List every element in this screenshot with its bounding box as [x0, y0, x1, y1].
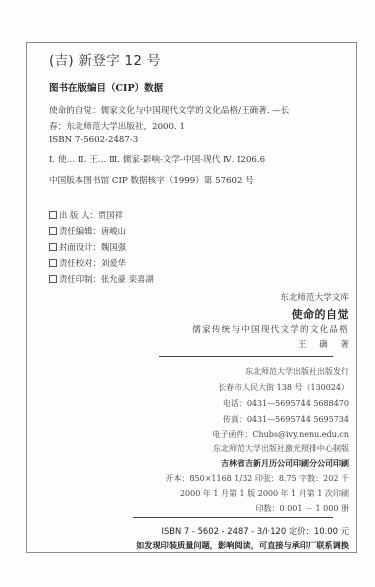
- cip-record-line-2: 春：东北师范大学出版社，2000. 1: [49, 120, 185, 132]
- publisher-address: 长春市人民大街 138 号（130024）: [218, 382, 349, 393]
- cip-isbn: ISBN 7-5602-2487-3: [49, 135, 138, 145]
- staff-row-proofreader: 责任校对：刘爱华: [49, 257, 126, 269]
- staff-row-publisher: 出 版 人：贾国祥: [49, 209, 123, 221]
- staff-name: 魏国强: [101, 242, 126, 252]
- checkbox-square-icon: [49, 227, 57, 235]
- book-author: 王 确 著: [298, 338, 354, 350]
- staff-role: 封面设计：: [59, 242, 101, 252]
- printer-info: 吉林省吉新月历公司印刷分公司印刷: [221, 458, 349, 469]
- divider-rule-top: [159, 356, 333, 357]
- publisher-fax: 传真：0431—5695744 5695734: [223, 414, 349, 425]
- cip-record-line-1: 使命的自觉：儒家文化与中国现代文学的文化品格/王确著. —长: [49, 104, 289, 116]
- typesetting-info: 东北师范大学出版社激光照排中心制版: [213, 443, 349, 454]
- cip-classification: Ⅰ. 使… Ⅱ. 王… Ⅲ. 儒家-影响-文学-中国-现代 Ⅳ. I206.6: [49, 153, 265, 165]
- staff-name: 贾国祥: [98, 210, 123, 220]
- print-run: 印数：0 001 － 1 000 册: [256, 503, 349, 514]
- cip-heading: 图书在版编目（CIP）数据: [49, 80, 163, 94]
- registration-number: (吉) 新登字 12 号: [49, 49, 161, 69]
- isbn-price: ISBN 7 - 5602 - 2487 - 3/I·120 定价：10.00 …: [161, 525, 349, 537]
- staff-name: 刘爱华: [101, 258, 126, 268]
- checkbox-square-icon: [49, 211, 57, 219]
- staff-row-printing: 责任印制：张允豪 栾喜湖: [49, 273, 154, 285]
- copyright-page: (吉) 新登字 12 号 图书在版编目（CIP）数据 使命的自觉：儒家文化与中国…: [0, 0, 375, 587]
- publisher-phone: 电话：0431—5695744 5688470: [223, 398, 349, 409]
- staff-role: 出 版 人：: [59, 210, 98, 220]
- staff-row-editor: 责任编辑：唐峻山: [49, 225, 126, 237]
- book-title: 使命的自觉: [292, 306, 350, 322]
- series-name: 东北师范大学文库: [280, 291, 349, 303]
- checkbox-square-icon: [49, 243, 57, 251]
- staff-row-cover-design: 封面设计：魏国强: [49, 241, 126, 253]
- book-subtitle: 儒家传统与中国现代文学的文化品格: [192, 323, 349, 335]
- publisher-line: 东北师范大学出版社出版发行: [245, 366, 349, 377]
- edition-info: 2000 年 1 月第 1 版 2000 年 1 月第 1 次印刷: [180, 488, 349, 499]
- cip-verification: 中国版本图书馆 CIP 数据核字（1999）第 57602 号: [49, 174, 254, 186]
- staff-role: 责任编辑：: [59, 226, 101, 236]
- staff-name: 张允豪 栾喜湖: [101, 274, 154, 284]
- publisher-email: 电子函件：Chubs@ivy.nenu.edu.cn: [212, 429, 349, 440]
- checkbox-square-icon: [49, 275, 57, 283]
- staff-role: 责任印制：: [59, 274, 101, 284]
- quality-notice: 如发现印装质量问题，影响阅读，可直接与承印厂联系调换: [136, 540, 349, 551]
- checkbox-square-icon: [49, 259, 57, 267]
- format-specs: 开本：850×1168 1/32 印张：8.75 字数：202 千: [165, 473, 349, 484]
- divider-rule-bottom: [133, 517, 333, 518]
- staff-name: 唐峻山: [101, 226, 126, 236]
- staff-role: 责任校对：: [59, 258, 101, 268]
